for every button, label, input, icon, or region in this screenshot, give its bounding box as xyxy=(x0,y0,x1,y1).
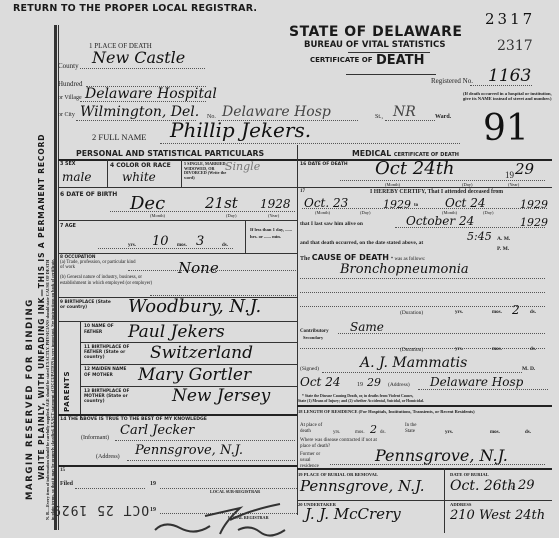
birthplace-label: 9 BIRTHPLACE (State or country) xyxy=(60,300,115,310)
dob-label: 6 DATE OF BIRTH xyxy=(60,191,117,198)
footnote-1: * State the Disease Causing Death, or, i… xyxy=(302,394,413,398)
burial-date-value: Oct. 26th xyxy=(450,478,516,494)
death-time-text: and that death occurred, on the date sta… xyxy=(300,240,423,246)
age-ds-caption: ds. xyxy=(222,243,228,248)
received-date-stamp: OCT 25 1929 xyxy=(52,502,149,517)
last-saw-value: October 24 xyxy=(406,214,474,228)
mother-birthplace-label: 13 BIRTHPLACE OF MOTHER (State or countr… xyxy=(84,389,136,405)
color-label: 4 COLOR OR RACE xyxy=(110,162,171,169)
less-than-day-note: If less than 1 day, ...... hrs. or .....… xyxy=(250,226,296,240)
dob-year: 1928 xyxy=(260,197,291,211)
contributory-value: Same xyxy=(350,320,384,334)
county-value: New Castle xyxy=(92,48,185,67)
occupation-a-label: (a) Trade, profession, or particular kin… xyxy=(60,260,138,270)
age-yrs-caption: yrs. xyxy=(128,243,136,248)
informant-address-value: Pennsgrove, N.J. xyxy=(135,443,243,458)
duration-mos: mos. xyxy=(492,310,502,315)
age-label: 7 AGE xyxy=(60,224,76,229)
village-label: or Village xyxy=(58,95,82,101)
ward-number: 91 xyxy=(483,108,529,149)
res-mos-1: mos. xyxy=(355,430,365,435)
occupation-value: None xyxy=(178,259,219,277)
full-name-value: Phillip Jekers. xyxy=(170,118,311,142)
footnote-2: State (1) Means of Injury; and (2) wheth… xyxy=(298,399,424,403)
pm-label: P. M. xyxy=(497,246,509,252)
dob-year-caption: (Year) xyxy=(268,213,279,218)
death-certificate: RETURN TO THE PROPER LOCAL REGISTRAR. MA… xyxy=(0,0,559,538)
in-state-label: In the State xyxy=(405,423,427,434)
attended-from-date: Oct. 23 xyxy=(304,196,348,210)
informant-label: (Informant) xyxy=(81,435,109,441)
md-label: M. D. xyxy=(522,366,535,372)
undertaker-address-label: ADDRESS xyxy=(450,502,471,507)
filing-number: 15 xyxy=(60,468,65,473)
st-label: St., xyxy=(375,114,383,120)
death-time-value: 5:45 xyxy=(467,230,492,243)
bureau-title: BUREAU OF VITAL STATISTICS xyxy=(304,40,445,50)
city-label: or City xyxy=(58,112,75,118)
sex-value: male xyxy=(62,170,91,184)
return-notice: RETURN TO THE PROPER LOCAL REGISTRAR. xyxy=(13,3,257,14)
attended-to-year: 1929 xyxy=(520,198,548,211)
filed-year-prefix: 19 xyxy=(150,481,156,487)
duration-ds: ds. xyxy=(530,310,536,315)
sign-year-prefix: 19 xyxy=(357,382,363,388)
duration-yrs: yrs. xyxy=(455,310,463,315)
at-place-label: At place of death xyxy=(300,423,324,434)
duration2-mos: mos. xyxy=(492,347,502,352)
duration2-yrs: yrs. xyxy=(455,347,463,352)
res-ds-value: 2 xyxy=(370,423,377,436)
certificate-of-label: CERTIFICATE OF xyxy=(310,56,373,64)
duration2-ds: ds. xyxy=(530,347,536,352)
burial-date-label: DATE OF BURIAL xyxy=(450,472,489,477)
last-saw-text: that I last saw him alive on xyxy=(300,221,363,227)
ward-label: Ward. xyxy=(435,114,451,120)
age-mos-caption: mos. xyxy=(177,243,187,248)
filed-label: Filed xyxy=(60,481,73,487)
date-of-death-value: Oct 24th xyxy=(375,158,455,179)
res-yrs-2: yrs. xyxy=(445,430,453,435)
sign-year: 29 xyxy=(367,376,381,389)
middle-divider xyxy=(297,145,298,515)
to-day-caption: (Day) xyxy=(483,210,494,215)
cause-title: CAUSE OF DEATH xyxy=(312,253,389,262)
dob-month: Dec xyxy=(130,193,165,214)
sign-date: Oct 24 xyxy=(300,375,340,389)
attended-to-date: Oct 24 xyxy=(445,196,485,210)
registered-no-value: 1163 xyxy=(488,66,531,86)
county-label: County xyxy=(58,62,79,70)
signed-label: (Signed) xyxy=(300,366,319,372)
dob-day-caption: (Day) xyxy=(226,213,237,218)
last-saw-year: 1929 xyxy=(520,216,548,229)
certificate-death-label: DEATH xyxy=(376,53,424,68)
margin-reserved-text: MARGIN RESERVED FOR BINDING xyxy=(25,298,35,500)
res-yrs-1: yrs. xyxy=(333,430,340,435)
cause-of-death-value: Bronchopneumonia xyxy=(340,262,469,277)
state-title: STATE OF DELAWARE xyxy=(289,24,462,40)
burial-year-prefix: 19 xyxy=(510,486,515,491)
registrar-signature xyxy=(150,500,290,538)
certify-text: I HEREBY CERTIFY, That I attended deceas… xyxy=(370,189,503,195)
secondary-label: Secondary xyxy=(303,335,323,340)
dob-day: 21st xyxy=(205,194,238,212)
undertaker-address-value: 210 West 24th xyxy=(450,508,545,523)
certify-number: 17 xyxy=(300,189,305,194)
registered-no-label: Registered No. xyxy=(431,77,473,85)
dob-month-caption: (Month) xyxy=(150,213,165,218)
duration2-label: (Duration) xyxy=(400,347,423,353)
age-mos-value: 10 xyxy=(152,234,169,249)
undertaker-value: J. J. McCrery xyxy=(305,505,401,523)
father-birthplace-label: 11 BIRTHPLACE OF FATHER (State or countr… xyxy=(84,345,134,361)
burial-place-value: Pennsgrove, N.J. xyxy=(300,477,425,495)
mother-name-label: 12 MAIDEN NAME OF MOTHER xyxy=(84,367,129,379)
attended-from-year: 1929 xyxy=(383,198,411,211)
death-year-value: 29 xyxy=(515,160,534,178)
cause-pre: The xyxy=(300,256,310,262)
father-name-label: 10 NAME OF FATHER xyxy=(84,324,129,336)
duration-label: (Duration) xyxy=(400,310,423,316)
am-label: A. M. xyxy=(497,236,510,242)
village-value: Delaware Hospital xyxy=(85,86,217,102)
parents-label: PARENTS xyxy=(63,371,71,412)
hundred-label: Hundred xyxy=(58,80,83,88)
former-residence-label: Former or usual residence xyxy=(300,452,330,469)
duration-ds-value: 2 xyxy=(512,303,520,317)
mother-name-value: Mary Gortler xyxy=(138,365,251,385)
burial-year-value: 29 xyxy=(518,478,535,493)
st-value: NR xyxy=(393,104,416,120)
informant-section-label: 14 THE ABOVE IS TRUE TO THE BEST OF MY K… xyxy=(60,417,207,422)
full-name-label: 2 FULL NAME xyxy=(92,132,146,142)
medical-bold: MEDICAL xyxy=(352,149,391,158)
birthplace-value: Woodbury, N.J. xyxy=(128,296,261,317)
to-label: to xyxy=(414,203,418,208)
binding-line xyxy=(54,25,57,530)
informant-address-label: (Address) xyxy=(96,454,120,460)
cause-label: The CAUSE OF DEATH * was as follows: xyxy=(300,253,425,262)
from-day-caption: (Day) xyxy=(360,210,371,215)
hospital-note: (If death occurred in a hospital or inst… xyxy=(463,91,555,101)
former-residence-value: Pennsgrove, N.J. xyxy=(375,446,508,465)
sub-registrar-label: LOCAL SUB-REGISTRAR xyxy=(210,489,260,494)
handwritten-number: 2317 xyxy=(485,10,535,28)
res-ds-1: ds. xyxy=(380,430,386,435)
res-mos-2: mos. xyxy=(490,430,500,435)
father-birthplace-value: Switzerland xyxy=(150,343,253,363)
age-ds-value: 3 xyxy=(196,234,204,249)
mother-birthplace-value: New Jersey xyxy=(172,386,270,406)
personal-section-title: PERSONAL AND STATISTICAL PARTICULARS xyxy=(76,149,264,158)
date-of-death-label: 16 DATE OF DEATH xyxy=(300,162,348,167)
from-month-caption: (Month) xyxy=(315,210,330,215)
color-value: white xyxy=(122,170,156,184)
physician-address-label: (Address) xyxy=(388,382,410,388)
stamped-number: 2317 xyxy=(497,38,533,54)
physician-address-value: Delaware Hosp xyxy=(430,375,523,389)
contracted-label: Where was disease contracted if not at p… xyxy=(300,438,382,450)
medical-section-title: MEDICAL CERTIFICATE OF DEATH xyxy=(352,149,459,158)
res-ds-2: ds. xyxy=(525,430,531,435)
residence-label: 18 LENGTH OF RESIDENCE (For Hospitals, I… xyxy=(298,409,475,414)
informant-value: Carl Jecker xyxy=(120,423,194,438)
contributory-label: Contributory xyxy=(300,329,329,334)
sex-label: 3 SEX xyxy=(60,162,75,167)
marital-value: Single xyxy=(225,160,260,173)
occupation-b-label: (b) General nature of industry, business… xyxy=(60,275,155,286)
death-year-prefix: 19 xyxy=(505,170,514,180)
physician-signature: A. J. Mammatis xyxy=(360,355,467,371)
father-name-value: Paul Jekers xyxy=(128,322,225,342)
